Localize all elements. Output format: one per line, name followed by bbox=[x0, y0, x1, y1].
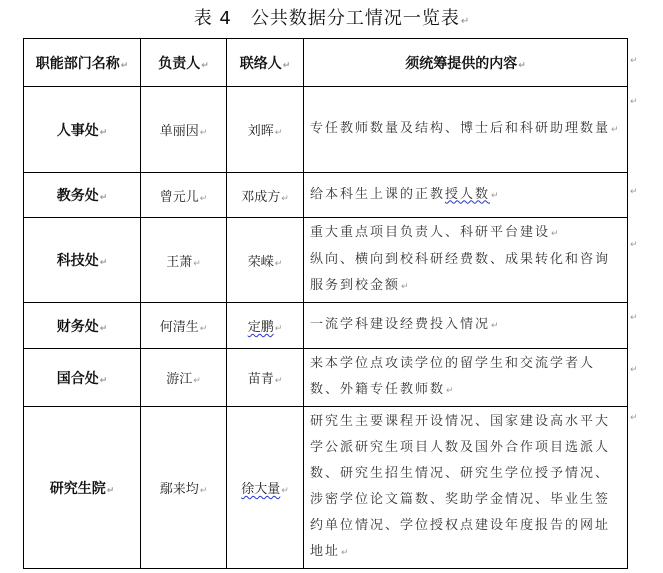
row-end-mark-icon: ↵ bbox=[630, 187, 638, 197]
table-row: 教务处↵ 曾元儿↵ 邓成方↵ 给本科生上课的正教授人数↵ bbox=[24, 173, 628, 218]
paragraph-mark-icon: ↵ bbox=[461, 16, 469, 27]
table-caption: 表 4 公共数据分工情况一览表↵ bbox=[0, 7, 663, 34]
paragraph-mark-icon: ↵ bbox=[193, 376, 201, 386]
paragraph-mark-icon: ↵ bbox=[491, 321, 499, 331]
spellcheck-flagged-text[interactable]: 授人数 bbox=[445, 187, 490, 202]
paragraph-mark-icon: ↵ bbox=[551, 229, 559, 239]
content-cell: 来本学位点攻读学位的留学生和交流学者人数、外籍专任教师数↵ bbox=[304, 349, 628, 407]
content-cell: 一流学科建设经费投入情况↵ bbox=[304, 303, 628, 349]
department-cell: 科技处↵ bbox=[24, 218, 141, 303]
contact-cell: 刘晖↵ bbox=[227, 87, 304, 173]
paragraph-mark-icon: ↵ bbox=[401, 282, 409, 292]
paragraph-mark-icon: ↵ bbox=[518, 61, 526, 71]
table-header-row: 职能部门名称↵ 负责人↵ 联络人↵ 须统筹提供的内容↵ bbox=[24, 39, 628, 87]
content-cell: 专任教师数量及结构、博士后和科研助理数量↵ bbox=[304, 87, 628, 173]
paragraph-mark-icon: ↵ bbox=[100, 258, 108, 268]
table-row: 财务处↵ 何清生↵ 定鹏↵ 一流学科建设经费投入情况↵ bbox=[24, 303, 628, 349]
contact-cell: 苗青↵ bbox=[227, 349, 304, 407]
owner-cell: 何清生↵ bbox=[141, 303, 227, 349]
table-row: 研究生院↵ 鄢来均↵ 徐大量↵ 研究生主要课程开设情况、国家建设高水平大学公派研… bbox=[24, 407, 628, 569]
paragraph-mark-icon: ↵ bbox=[611, 125, 619, 135]
paragraph-mark-icon: ↵ bbox=[275, 376, 283, 386]
content-cell: 给本科生上课的正教授人数↵ bbox=[304, 173, 628, 218]
paragraph-mark-icon: ↵ bbox=[283, 61, 291, 71]
contact-cell: 徐大量↵ bbox=[227, 407, 304, 569]
contact-cell: 荣嵘↵ bbox=[227, 218, 304, 303]
header-owner: 负责人↵ bbox=[141, 39, 227, 87]
department-cell: 教务处↵ bbox=[24, 173, 141, 218]
paragraph-mark-icon: ↵ bbox=[193, 259, 201, 269]
paragraph-mark-icon: ↵ bbox=[200, 194, 208, 204]
paragraph-mark-icon: ↵ bbox=[100, 193, 108, 203]
header-content: 须统筹提供的内容↵ bbox=[304, 39, 628, 87]
paragraph-mark-icon: ↵ bbox=[100, 376, 108, 386]
row-end-mark-icon: ↵ bbox=[630, 413, 638, 423]
paragraph-mark-icon: ↵ bbox=[200, 324, 208, 334]
paragraph-mark-icon: ↵ bbox=[100, 324, 108, 334]
owner-cell: 鄢来均↵ bbox=[141, 407, 227, 569]
department-cell: 财务处↵ bbox=[24, 303, 141, 349]
paragraph-mark-icon: ↵ bbox=[281, 194, 289, 204]
table-row: 国合处↵ 游江↵ 苗青↵ 来本学位点攻读学位的留学生和交流学者人数、外籍专任教师… bbox=[24, 349, 628, 407]
paragraph-mark-icon: ↵ bbox=[275, 259, 283, 269]
table-row: 人事处↵ 单丽因↵ 刘晖↵ 专任教师数量及结构、博士后和科研助理数量↵ bbox=[24, 87, 628, 173]
paragraph-mark-icon: ↵ bbox=[200, 486, 208, 496]
caption-text: 表 4 公共数据分工情况一览表 bbox=[194, 8, 460, 29]
paragraph-mark-icon: ↵ bbox=[491, 191, 499, 201]
public-data-division-table: 职能部门名称↵ 负责人↵ 联络人↵ 须统筹提供的内容↵ 人事处↵ 单丽因↵ 刘晖… bbox=[23, 38, 628, 569]
paragraph-mark-icon: ↵ bbox=[201, 61, 209, 71]
header-contact: 联络人↵ bbox=[227, 39, 304, 87]
owner-cell: 曾元儿↵ bbox=[141, 173, 227, 218]
department-cell: 研究生院↵ bbox=[24, 407, 141, 569]
row-end-mark-icon: ↵ bbox=[630, 56, 638, 66]
contact-cell: 定鹏↵ bbox=[227, 303, 304, 349]
paragraph-mark-icon: ↵ bbox=[275, 128, 283, 138]
owner-cell: 单丽因↵ bbox=[141, 87, 227, 173]
contact-cell: 邓成方↵ bbox=[227, 173, 304, 218]
header-department: 职能部门名称↵ bbox=[24, 39, 141, 87]
spellcheck-flagged-text[interactable]: 徐大量 bbox=[241, 482, 280, 497]
paragraph-mark-icon: ↵ bbox=[107, 486, 115, 496]
paragraph-mark-icon: ↵ bbox=[100, 128, 108, 138]
paragraph-mark-icon: ↵ bbox=[121, 61, 129, 71]
spellcheck-flagged-text[interactable]: 定鹏 bbox=[248, 320, 274, 335]
owner-cell: 王萧↵ bbox=[141, 218, 227, 303]
row-end-mark-icon: ↵ bbox=[630, 240, 638, 250]
content-cell: 重大重点项目负责人、科研平台建设↵纵向、横向到校科研经费数、成果转化和咨询服务到… bbox=[304, 218, 628, 303]
owner-cell: 游江↵ bbox=[141, 349, 227, 407]
paragraph-mark-icon: ↵ bbox=[275, 324, 283, 334]
row-end-mark-icon: ↵ bbox=[630, 365, 638, 375]
row-end-mark-icon: ↵ bbox=[630, 313, 638, 323]
department-cell: 人事处↵ bbox=[24, 87, 141, 173]
paragraph-mark-icon: ↵ bbox=[200, 128, 208, 138]
paragraph-mark-icon: ↵ bbox=[446, 386, 454, 396]
table-row: 科技处↵ 王萧↵ 荣嵘↵ 重大重点项目负责人、科研平台建设↵纵向、横向到校科研经… bbox=[24, 218, 628, 303]
department-cell: 国合处↵ bbox=[24, 349, 141, 407]
row-end-mark-icon: ↵ bbox=[630, 97, 638, 107]
paragraph-mark-icon: ↵ bbox=[281, 486, 289, 496]
content-cell: 研究生主要课程开设情况、国家建设高水平大学公派研究生项目人数及国外合作项目选派人… bbox=[304, 407, 628, 569]
paragraph-mark-icon: ↵ bbox=[341, 548, 349, 558]
